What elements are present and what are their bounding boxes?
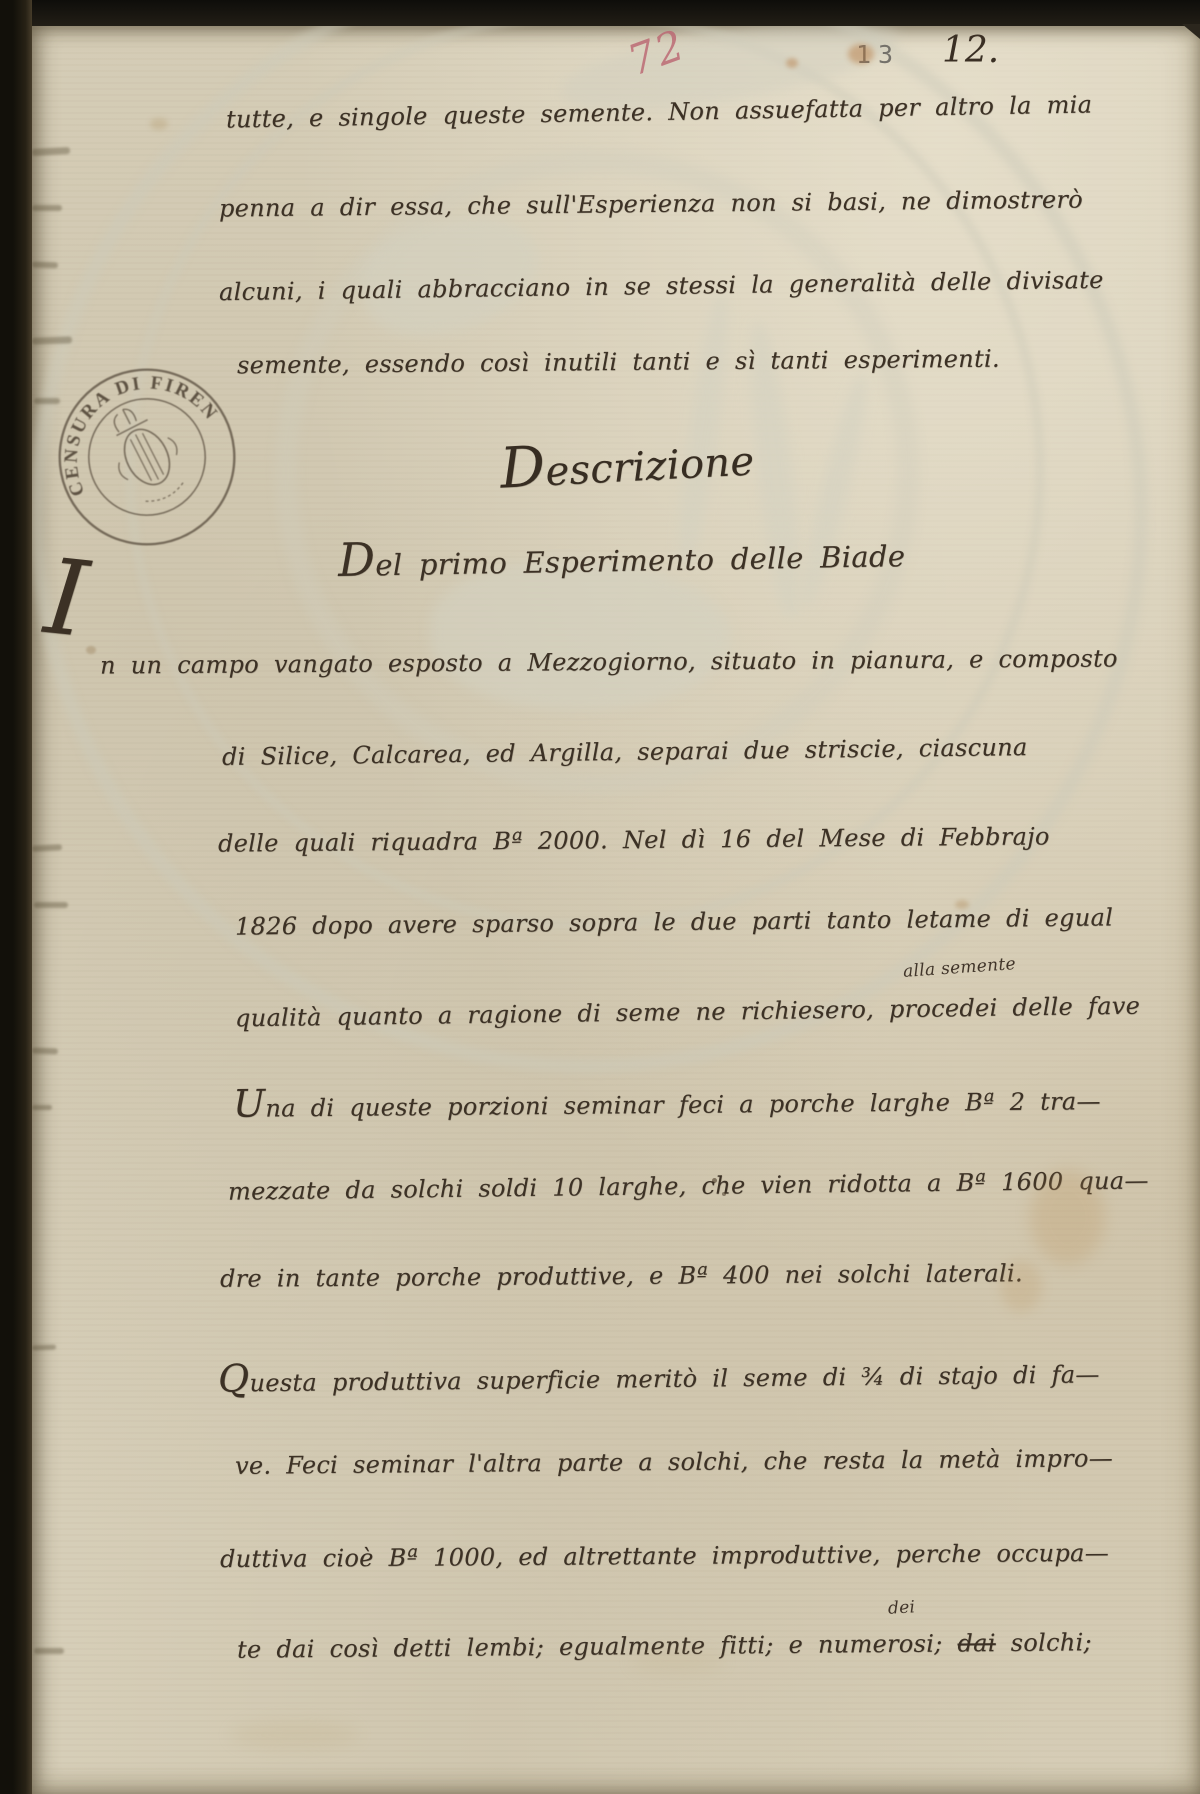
subheading-text: el primo Esperimento delle Biade [375,539,905,582]
stamp-crown [107,402,147,436]
subheading-initial: D [338,532,376,587]
struck-word: dai [957,1629,995,1657]
last-line-post: solchi; [996,1628,1092,1657]
interline-insertion: dei [887,1597,915,1618]
section-subheading: Del primo Esperimento delle Biade [338,523,906,587]
manuscript-line: Questa produttiva superficie meritò il s… [218,1347,1100,1400]
folio-number-ink: 12. [942,30,999,71]
folio-number-stamped: 13 [856,40,900,69]
manuscript-line: dre in tante porche produttive, e Bª 400… [220,1259,1023,1293]
manuscript-line: Una di queste porzioni seminar feci a po… [233,1074,1101,1126]
scan-edge-top [0,0,1200,26]
manuscript-page: 72 13 12. CENSURA DI FIRENZE tutte, e si… [0,0,1200,1794]
binding-edge [0,0,32,1794]
section-heading: Descrizione [498,423,755,501]
